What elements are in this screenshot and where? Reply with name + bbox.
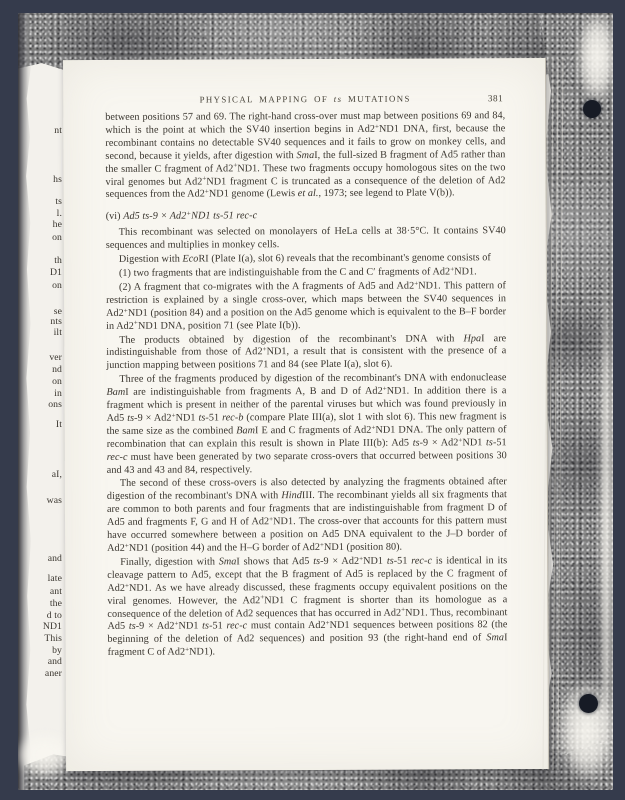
edge-text-fragment: th bbox=[54, 255, 62, 266]
paragraph: (2) A fragment that co-migrates with the… bbox=[106, 280, 506, 333]
edge-text-fragment: late bbox=[48, 573, 62, 584]
text-run: -9 × Ad2 bbox=[320, 556, 359, 567]
edge-text-fragment: aI, bbox=[52, 469, 62, 480]
text-run: ts bbox=[334, 94, 343, 104]
underlying-page-text-fragments: nthstsl.heonthD1onsentsiltverndoninonsIt… bbox=[28, 13, 64, 790]
text-run: Bam bbox=[236, 425, 255, 436]
text-run: + bbox=[233, 162, 237, 170]
text-run: I E and C fragments of Ad2 bbox=[255, 425, 371, 437]
edge-text-fragment: ts bbox=[55, 196, 62, 207]
text-run: + bbox=[186, 210, 191, 218]
text-run: Finally, digestion with bbox=[120, 556, 219, 567]
edge-text-fragment: l. bbox=[57, 208, 62, 219]
text-run: + bbox=[269, 515, 273, 523]
edge-text-fragment: ilt bbox=[54, 327, 62, 338]
text-run: rec-c bbox=[107, 451, 128, 462]
paragraph: This recombinant was selected on monolay… bbox=[106, 225, 506, 253]
text-run: Hind bbox=[281, 490, 302, 501]
text-run: ND1 bbox=[176, 412, 199, 423]
text-run: ND1 (position 80). bbox=[324, 542, 402, 553]
text-run: ND1. bbox=[454, 266, 477, 277]
text-run: + bbox=[185, 646, 189, 654]
text-run: Digestion with bbox=[119, 254, 183, 265]
text-run: + bbox=[134, 319, 138, 327]
text-run: + bbox=[205, 188, 209, 196]
paragraph: The products obtained by digestion of th… bbox=[106, 333, 506, 373]
section-heading: (vi) Ad5 ts-9 × Ad2+ND1 ts-51 rec-c bbox=[106, 210, 506, 225]
edge-text-fragment: ant bbox=[50, 586, 62, 597]
paragraph: (1) two fragments that are indistinguish… bbox=[106, 266, 506, 281]
text-run: ts bbox=[202, 621, 209, 632]
text-run: + bbox=[124, 306, 128, 314]
paragraph: Digestion with EcoRI (Plate I(a), slot 6… bbox=[106, 252, 506, 267]
text-run: must have been generated by two separate… bbox=[107, 450, 507, 476]
text-run: I shows that Ad5 bbox=[236, 556, 313, 567]
edge-text-fragment: nd bbox=[52, 364, 62, 375]
text-run: + bbox=[202, 175, 206, 183]
text-run: + bbox=[172, 411, 176, 419]
edge-text-fragment: It bbox=[56, 419, 62, 430]
text-run: rec-b bbox=[222, 412, 243, 423]
text-run: Three of the fragments produced by diges… bbox=[119, 372, 506, 385]
edge-text-fragment: and bbox=[48, 656, 62, 667]
text-run: ts bbox=[313, 556, 320, 567]
text-run: ND1 bbox=[363, 556, 387, 567]
text-run: + bbox=[375, 122, 379, 130]
text-run: ND1). bbox=[189, 647, 215, 658]
text-run: + bbox=[260, 594, 264, 602]
text-run: + bbox=[450, 265, 454, 273]
text-run: -51 bbox=[493, 437, 507, 448]
text-run: I are indistinguishable from fragments A… bbox=[125, 386, 382, 398]
edge-text-fragment: ons bbox=[48, 399, 62, 410]
edge-text-fragment: hs bbox=[53, 174, 62, 185]
edge-text-fragment: nt bbox=[54, 125, 62, 136]
text-run: rec-c bbox=[411, 555, 432, 566]
text-run: et al. bbox=[298, 188, 319, 199]
punch-hole-top bbox=[583, 100, 601, 118]
text-run: -51 bbox=[394, 555, 412, 566]
text-run: + bbox=[371, 423, 375, 431]
edge-text-fragment: ND1 bbox=[43, 621, 62, 632]
text-run: -9 × Ad2 bbox=[136, 621, 175, 632]
text-run: + bbox=[383, 385, 387, 393]
text-run: Eco bbox=[182, 254, 198, 265]
text-run: + bbox=[401, 606, 405, 614]
text-run: Sma bbox=[486, 633, 504, 644]
edge-text-fragment: he bbox=[53, 219, 62, 230]
edge-text-fragment: and bbox=[48, 553, 62, 564]
page-text-block: between positions 57 and 69. The right-h… bbox=[105, 110, 507, 661]
text-run: ND1 genome (Lewis bbox=[209, 189, 298, 200]
paragraph: Three of the fragments produced by diges… bbox=[106, 372, 506, 477]
edge-text-fragment: nts bbox=[50, 316, 62, 327]
text-run: + bbox=[125, 581, 129, 589]
text-run: ts bbox=[198, 412, 205, 423]
text-run: + bbox=[125, 542, 129, 550]
edge-text-fragment: in bbox=[54, 388, 62, 399]
text-run: + bbox=[326, 619, 330, 627]
text-run: + bbox=[359, 555, 363, 563]
text-run: ND1 bbox=[179, 621, 203, 632]
text-run: + bbox=[263, 345, 267, 353]
text-run: -9 × Ad2 bbox=[134, 413, 171, 424]
text-run: , 1973; see legend to Plate V(b)). bbox=[318, 188, 454, 200]
edge-text-fragment: D1 bbox=[50, 267, 62, 278]
text-run: Sma bbox=[219, 556, 237, 567]
text-run: (vi) bbox=[106, 211, 124, 222]
edge-text-fragment: on bbox=[52, 280, 62, 291]
text-run: The products obtained by digestion of th… bbox=[119, 333, 463, 346]
text-run: + bbox=[414, 279, 418, 287]
text-run: This recombinant was selected on monolay… bbox=[106, 225, 506, 251]
edge-text-fragment: by bbox=[52, 645, 62, 656]
white-strip-right bbox=[599, 268, 613, 783]
text-run: ts bbox=[387, 556, 394, 567]
white-patch-top-right bbox=[576, 13, 613, 105]
edge-text-fragment: on bbox=[52, 232, 62, 243]
edge-text-fragment: This bbox=[44, 633, 62, 644]
page-number: 381 bbox=[488, 93, 503, 103]
text-run: (1) two fragments that are indistinguish… bbox=[119, 266, 450, 278]
text-run: ts bbox=[413, 437, 420, 448]
text-run: + bbox=[458, 436, 462, 444]
text-run: ND1 (position 44) and the H–G border of … bbox=[129, 542, 320, 554]
text-run: PHYSICAL MAPPING OF bbox=[200, 94, 334, 105]
photocopied-sheet: nthstsl.heonthD1onsentsiltverndoninonsIt… bbox=[18, 13, 613, 790]
edge-text-fragment: the bbox=[50, 598, 62, 609]
edge-text-fragment: d to bbox=[47, 610, 62, 621]
paragraph: Finally, digestion with SmaI shows that … bbox=[107, 555, 507, 660]
photocopy-scan: nthstsl.heonthD1onsentsiltverndoninonsIt… bbox=[0, 0, 625, 800]
text-run: Bam bbox=[106, 387, 125, 398]
edge-text-fragment: was bbox=[47, 495, 62, 506]
text-run: ND1 DNA, position 71 (see Plate I(b)). bbox=[138, 320, 301, 332]
text-run: Ad5 ts-9 × Ad2 bbox=[123, 211, 186, 222]
text-run: MUTATIONS bbox=[342, 94, 410, 104]
text-run: -51 bbox=[209, 621, 226, 632]
text-run: ts bbox=[127, 413, 134, 424]
text-run: -51 bbox=[205, 412, 222, 423]
text-run: ND1 ts-51 rec-c bbox=[191, 211, 257, 222]
text-run: -9 × Ad2 bbox=[420, 437, 459, 448]
running-head-title: PHYSICAL MAPPING OF ts MUTATIONS bbox=[105, 93, 505, 105]
text-run: Hpa bbox=[463, 333, 481, 344]
journal-page: PHYSICAL MAPPING OF ts MUTATIONS 381 bet… bbox=[63, 58, 549, 771]
paragraph: between positions 57 and 69. The right-h… bbox=[105, 110, 505, 202]
text-run: Sma bbox=[296, 150, 314, 161]
text-run: RI (Plate I(a), slot 6) reveals that the… bbox=[198, 252, 490, 264]
edge-text-fragment: aner bbox=[45, 668, 62, 679]
edge-text-fragment: ver bbox=[49, 352, 62, 363]
text-run: + bbox=[320, 541, 324, 549]
text-run: must contain Ad2 bbox=[247, 620, 325, 631]
running-head: PHYSICAL MAPPING OF ts MUTATIONS 381 bbox=[105, 93, 505, 107]
edge-text-fragment: on bbox=[52, 376, 62, 387]
paragraph: The second of these cross-overs is also … bbox=[107, 477, 507, 556]
punch-hole-bottom bbox=[579, 694, 598, 713]
text-run: (2) A fragment that co-migrates with the… bbox=[119, 280, 414, 292]
text-run: rec-c bbox=[226, 621, 247, 632]
text-run: + bbox=[175, 620, 179, 628]
text-run: ND1 bbox=[462, 437, 486, 448]
